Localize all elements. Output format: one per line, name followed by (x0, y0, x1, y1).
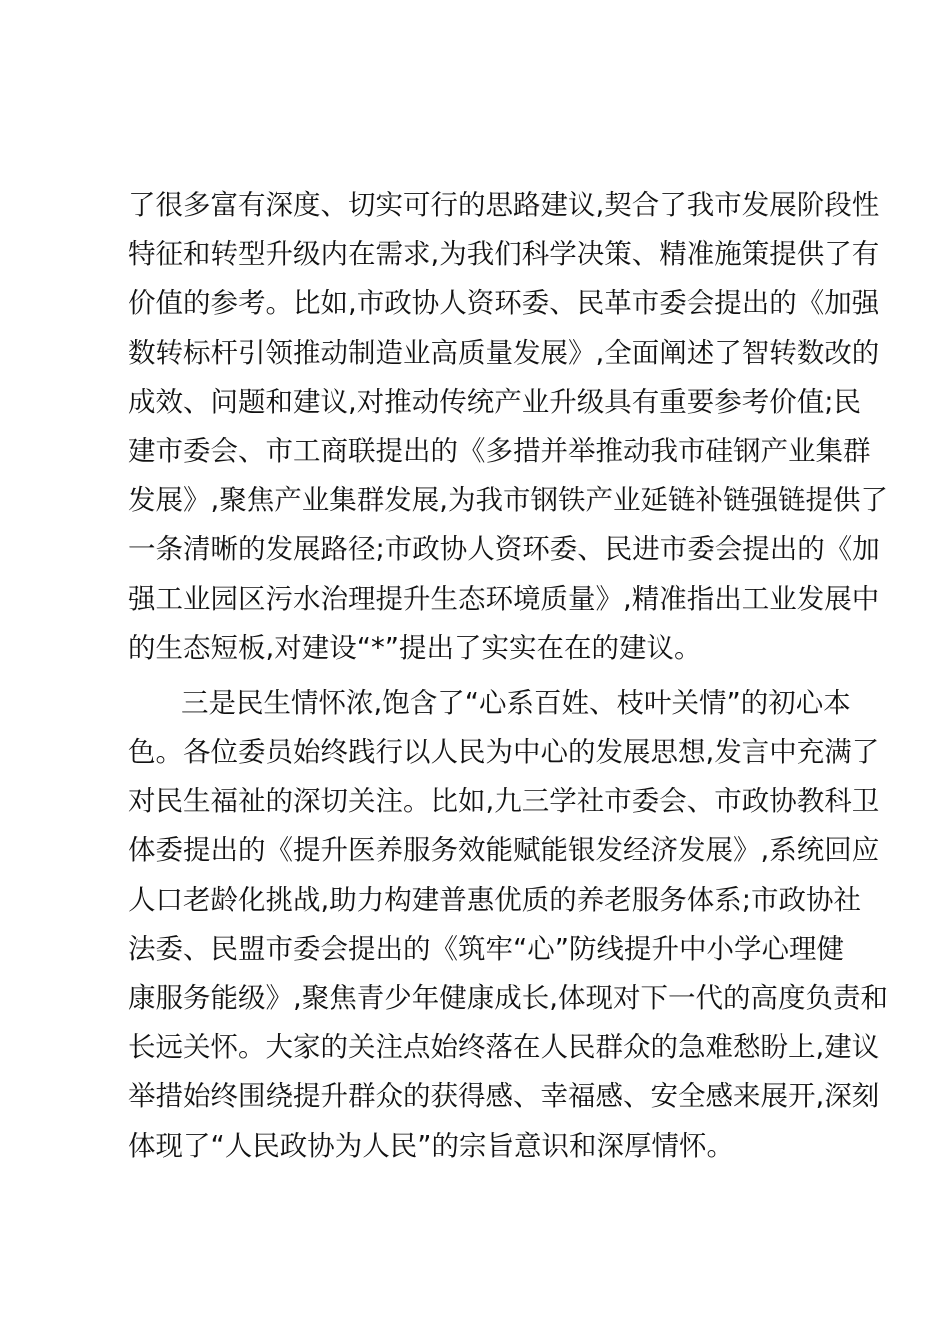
text-line: 的生态短板,对建设“*”提出了实实在在的建议。 (128, 627, 832, 676)
text-line: 特征和转型升级内在需求,为我们科学决策、精准施策提供了有 (128, 233, 832, 282)
document-page: 了很多富有深度、切实可行的思路建议,契合了我市发展阶段性 特征和转型升级内在需求… (128, 184, 832, 1174)
text-line: 强工业园区污水治理提升生态环境质量》,精准指出工业发展中 (128, 578, 832, 627)
text-line: 体现了“人民政协为人民”的宗旨意识和深厚情怀。 (128, 1125, 832, 1174)
text-line: 建市委会、市工商联提出的《多措并举推动我市硅钢产业集群 (128, 430, 832, 479)
paragraph-economic-suggestions: 了很多富有深度、切实可行的思路建议,契合了我市发展阶段性 特征和转型升级内在需求… (128, 184, 832, 676)
text-line: 体委提出的《提升医养服务效能赋能银发经济发展》,系统回应 (128, 829, 832, 878)
text-line: 成效、问题和建议,对推动传统产业升级具有重要参考价值;民 (128, 381, 832, 430)
text-line: 一条清晰的发展路径;市政协人资环委、民进市委会提出的《加 (128, 528, 832, 577)
text-line: 三是民生情怀浓,饱含了“心系百姓、枝叶关情”的初心本 (128, 682, 832, 731)
text-line: 了很多富有深度、切实可行的思路建议,契合了我市发展阶段性 (128, 184, 832, 233)
text-line: 色。各位委员始终践行以人民为中心的发展思想,发言中充满了 (128, 731, 832, 780)
text-line: 举措始终围绕提升群众的获得感、幸福感、安全感来展开,深刻 (128, 1075, 832, 1124)
text-line: 数转标杆引领推动制造业高质量发展》,全面阐述了智转数改的 (128, 332, 832, 381)
paragraph-livelihood: 三是民生情怀浓,饱含了“心系百姓、枝叶关情”的初心本 色。各位委员始终践行以人民… (128, 682, 832, 1174)
text-line: 价值的参考。比如,市政协人资环委、民革市委会提出的《加强 (128, 282, 832, 331)
text-line: 对民生福祉的深切关注。比如,九三学社市委会、市政协教科卫 (128, 780, 832, 829)
text-line: 人口老龄化挑战,助力构建普惠优质的养老服务体系;市政协社 (128, 879, 832, 928)
text-line: 长远关怀。大家的关注点始终落在人民群众的急难愁盼上,建议 (128, 1026, 832, 1075)
text-line: 发展》,聚焦产业集群发展,为我市钢铁产业延链补链强链提供了 (128, 479, 832, 528)
text-line: 康服务能级》,聚焦青少年健康成长,体现对下一代的高度负责和 (128, 977, 832, 1026)
text-line: 法委、民盟市委会提出的《筑牢“心”防线提升中小学心理健 (128, 928, 832, 977)
